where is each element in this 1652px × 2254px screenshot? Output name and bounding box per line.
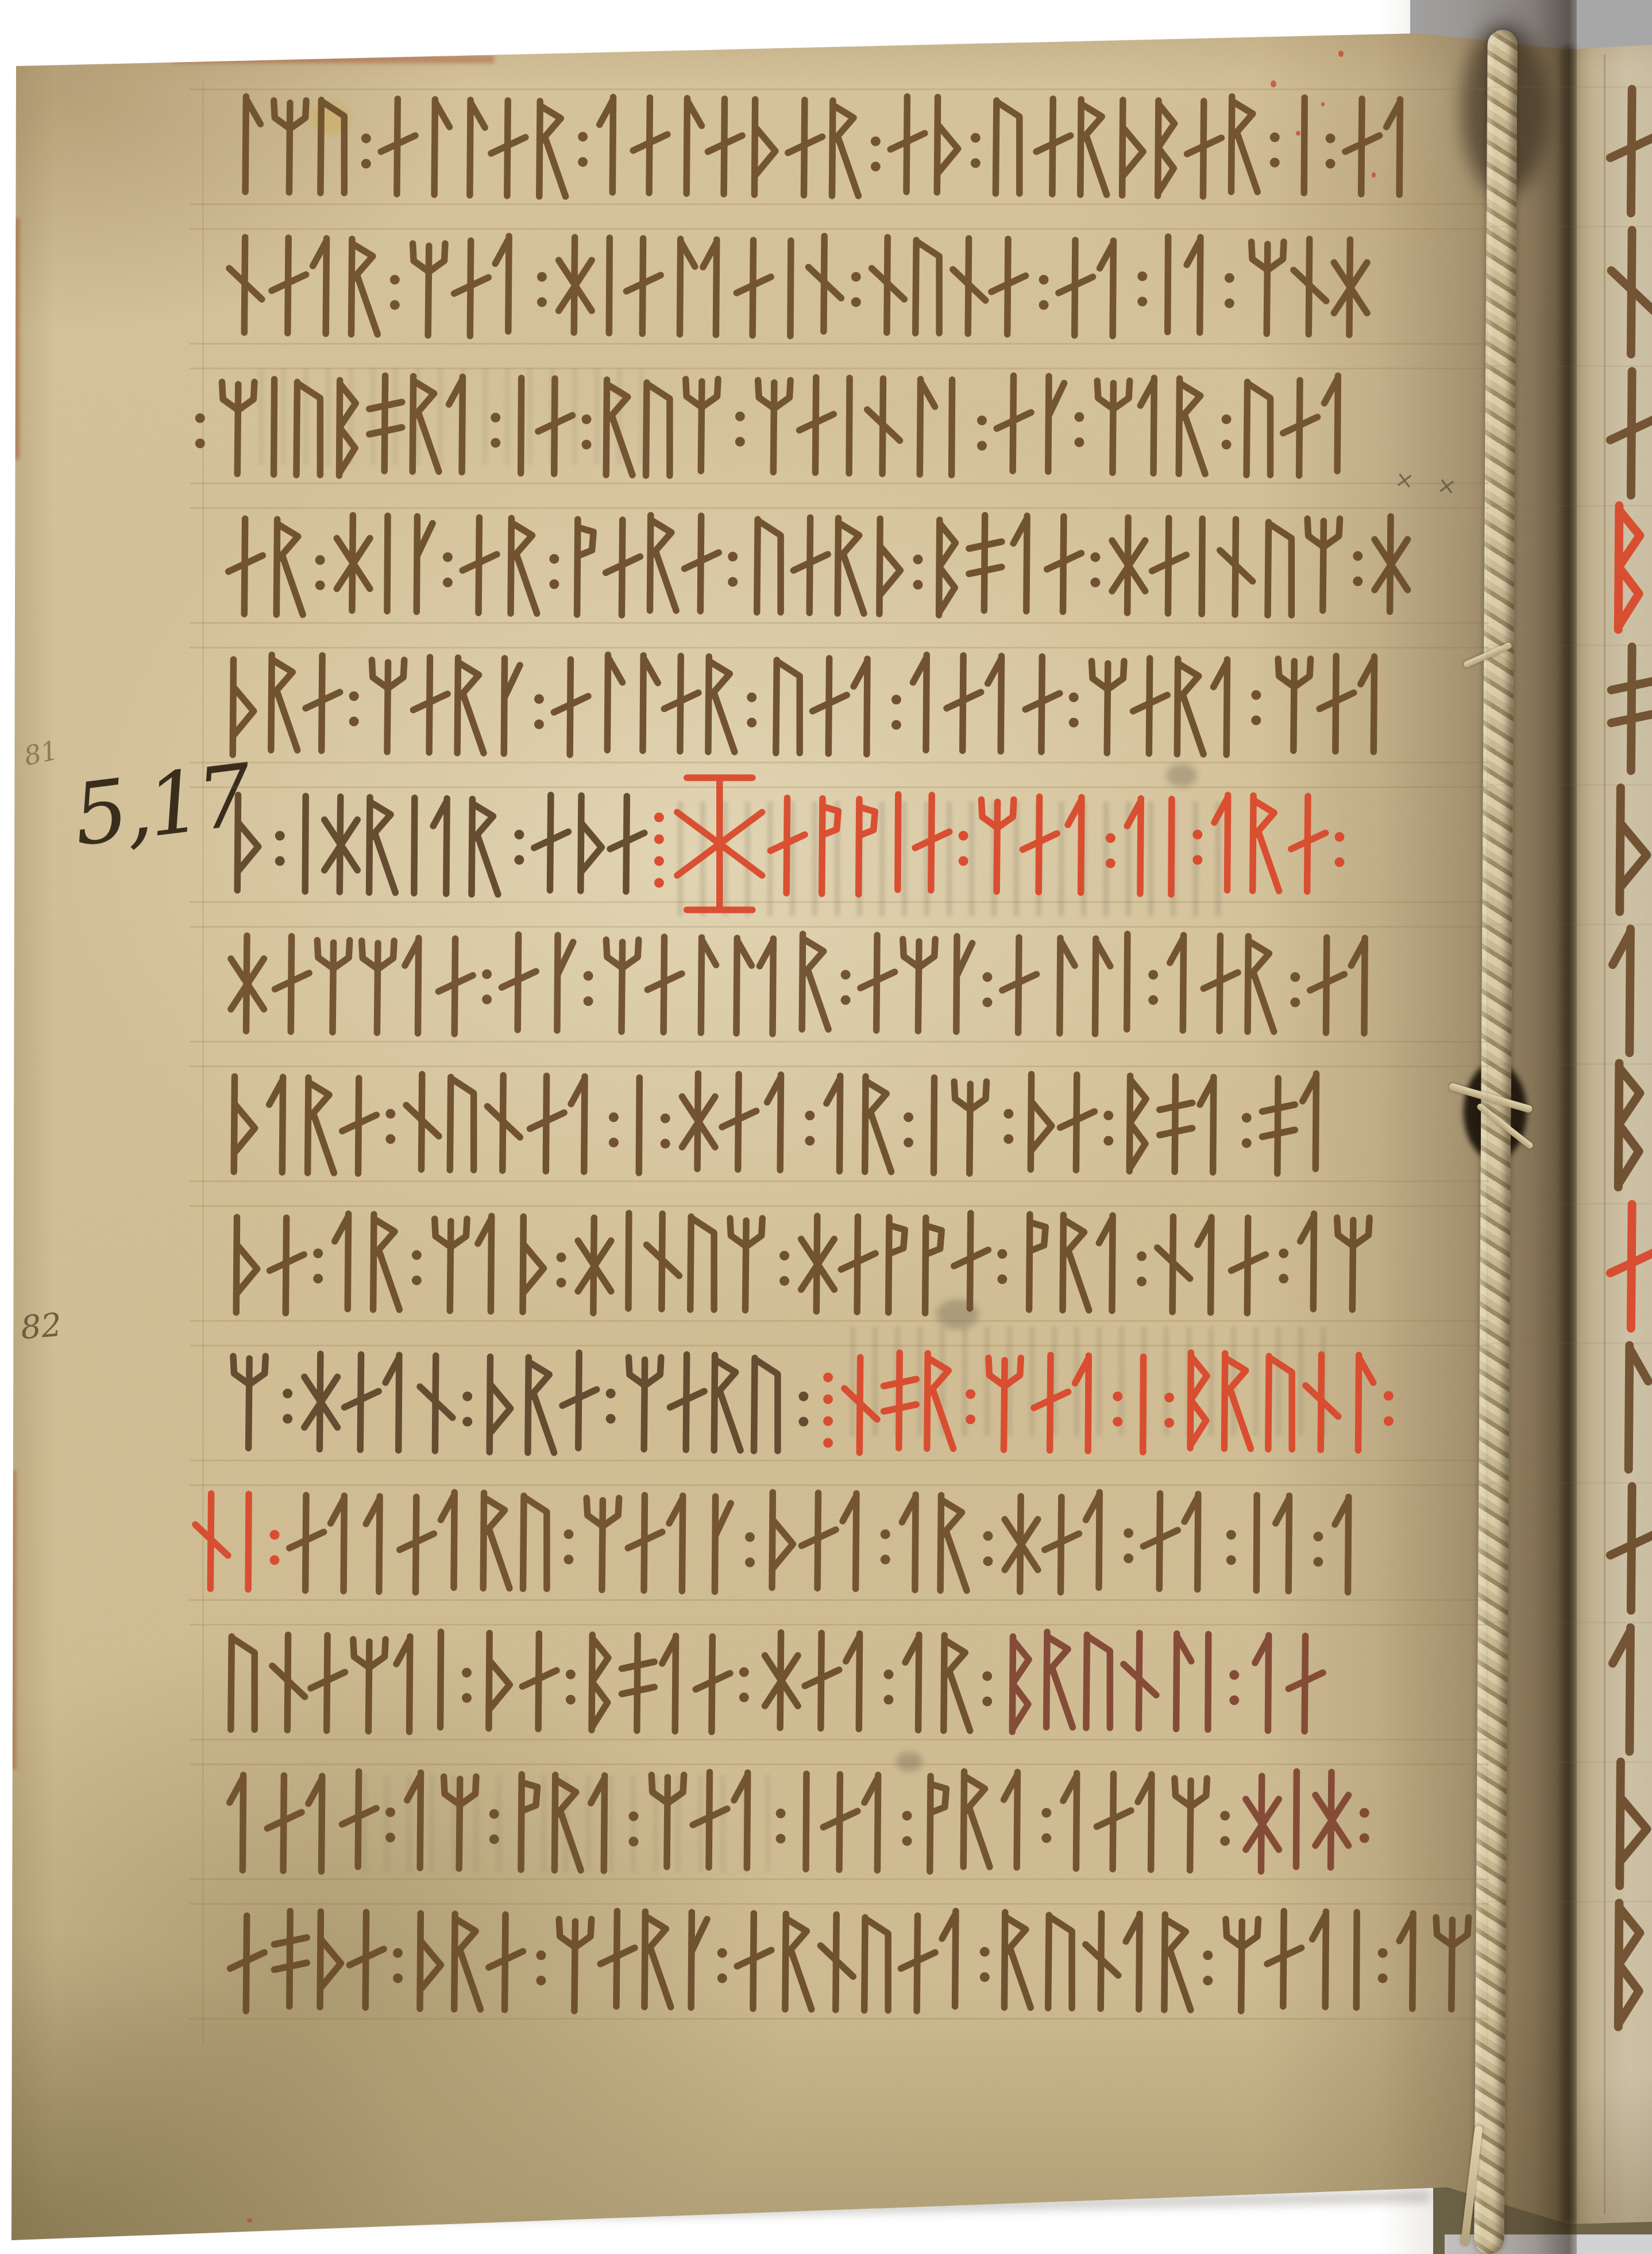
- ink-blotch: [936, 1299, 979, 1329]
- ruling-line-gutter: [1489, 1901, 1652, 1902]
- ruling-line-gutter: [1489, 644, 1652, 646]
- ruling-line-gutter: [1489, 1482, 1652, 1484]
- ruling-line: [190, 507, 1489, 509]
- ruling-line: [190, 786, 1489, 788]
- red-ink-speck: [1271, 80, 1276, 87]
- ruling-line: [190, 228, 1489, 230]
- folio-number-81: 81: [22, 736, 60, 769]
- ruling-line: [190, 1041, 1489, 1043]
- ink-blotch: [1166, 764, 1197, 787]
- red-ink-speck: [1338, 51, 1344, 57]
- ruling-line-gutter: [1489, 924, 1652, 925]
- ruling-line: [190, 343, 1489, 345]
- ruling-line: [190, 1763, 1489, 1765]
- ruling-line: [190, 1066, 1489, 1067]
- ruling-line: [190, 88, 1489, 90]
- ruling-line: [190, 1460, 1489, 1461]
- margin-rule-facing: [1604, 55, 1605, 2214]
- red-ink-speck: [1372, 172, 1376, 177]
- ruling-line-gutter: [1489, 1342, 1652, 1344]
- margin-rule-left: [202, 80, 204, 2045]
- red-edge-speck: [247, 2218, 252, 2222]
- ruling-line-gutter: [1489, 1063, 1652, 1065]
- ruling-line-gutter: [1489, 86, 1652, 88]
- ruling-line: [190, 1205, 1489, 1207]
- ruling-line: [190, 2018, 1489, 2020]
- parchment-grain: [1568, 0, 1652, 2254]
- ruling-line: [190, 1320, 1489, 1322]
- ruling-line: [190, 483, 1489, 484]
- ruling-line: [190, 1599, 1489, 1601]
- parchment-grain: [0, 0, 1568, 2254]
- red-ink-speck: [1321, 102, 1325, 106]
- left-edge-stain: [11, 218, 20, 460]
- ruling-line: [190, 1739, 1489, 1740]
- ruling-line-gutter: [1489, 1203, 1652, 1205]
- ruling-line: [190, 1180, 1489, 1182]
- red-ink-speck: [1296, 131, 1300, 136]
- ruling-line-gutter: [1489, 1761, 1652, 1763]
- ruling-line: [190, 901, 1489, 903]
- margin-rule-right: [1487, 80, 1488, 2045]
- chapter-mark-5-17: 5,17: [69, 752, 253, 858]
- ruling-line-gutter: [1489, 1622, 1652, 1623]
- top-edge-stain: [172, 55, 494, 63]
- ruling-line: [190, 622, 1489, 624]
- ruling-line: [190, 203, 1489, 205]
- ruling-line: [190, 1484, 1489, 1486]
- manuscript-page: [0, 0, 1568, 2254]
- ruling-line-gutter: [1489, 784, 1652, 786]
- page-crease: [1561, 46, 1574, 2224]
- ruling-line: [190, 368, 1489, 369]
- ruling-line-gutter: [1489, 365, 1652, 367]
- yellow-stain: [310, 102, 350, 134]
- ink-blotch: [896, 1752, 923, 1771]
- ruling-line: [190, 926, 1489, 928]
- ruling-line: [190, 762, 1489, 763]
- ruling-line: [190, 1624, 1489, 1626]
- facing-page-edge: [1568, 0, 1652, 2254]
- ruling-line: [190, 1878, 1489, 1880]
- ruling-line-gutter: [1489, 226, 1652, 227]
- ruling-line: [190, 1903, 1489, 1905]
- ruling-line-gutter: [1489, 505, 1652, 507]
- folio-number-82: 82: [20, 1309, 63, 1345]
- left-edge-stain-2: [9, 1470, 16, 1769]
- ruling-line: [190, 1345, 1489, 1346]
- ruling-line: [190, 647, 1489, 649]
